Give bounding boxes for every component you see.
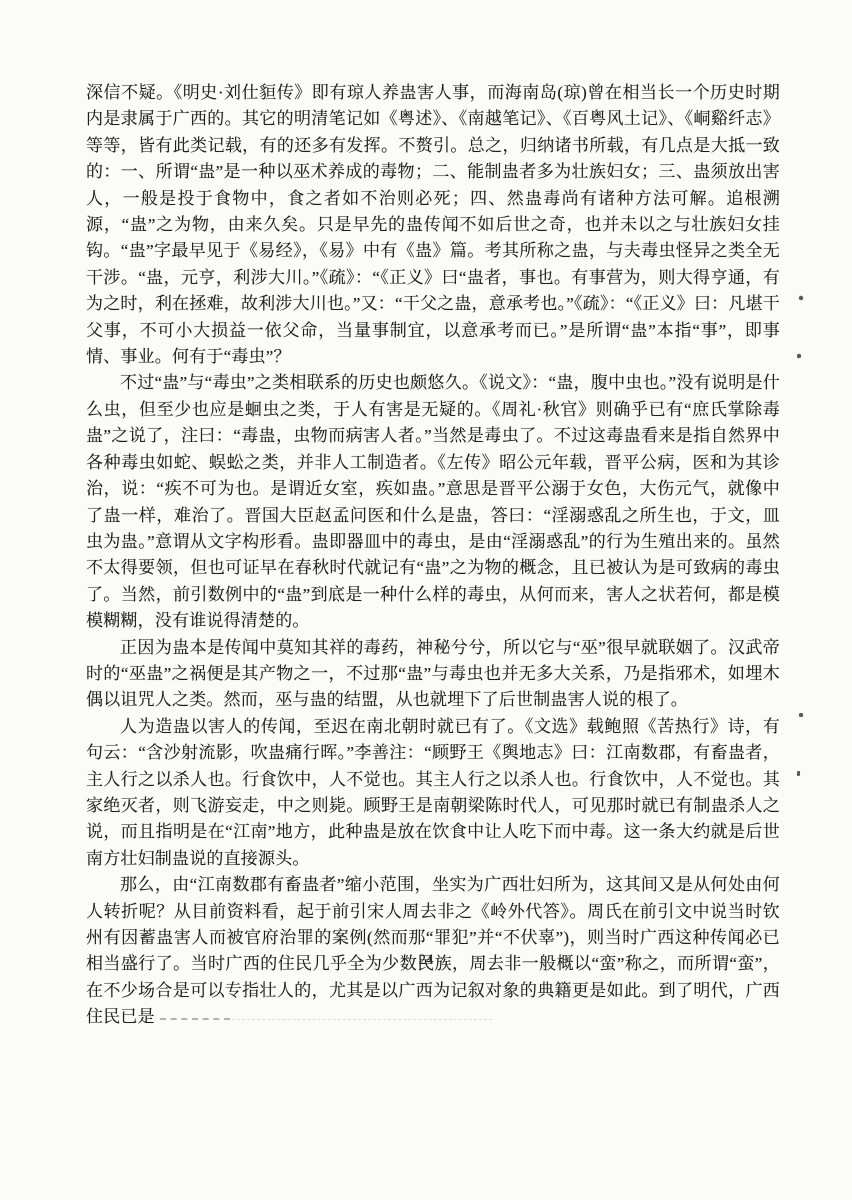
scan-speck [797,771,800,776]
paragraph-2: 不过“蛊”与“毒虫”之类相联系的历史也颇悠久。《说文》：“蛊，腹中虫也。”没有说… [86,370,780,634]
paragraph-1: 深信不疑。《明史·刘仕貆传》即有琼人养蛊害人事，而海南岛(琼)曾在相当长一个历史… [86,80,780,370]
scan-speck [799,713,804,718]
scan-smudge [232,1019,492,1020]
scan-speck [798,295,803,300]
paragraph-4: 人为造蛊以害人的传闻，至迟在南北朝时就已有了。《文选》载鲍照《苦热行》诗，有句云… [86,714,780,872]
scan-smudge [160,1018,230,1020]
body-text: 深信不疑。《明史·刘仕貆传》即有琼人养蛊害人事，而海南岛(琼)曾在相当长一个历史… [86,80,780,1031]
scan-speck [797,354,802,359]
page-number: 24 [0,952,852,969]
scanned-book-page: 深信不疑。《明史·刘仕貆传》即有琼人养蛊害人事，而海南岛(琼)曾在相当长一个历史… [0,0,852,1200]
paragraph-3: 正因为蛊本是传闻中莫知其祥的毒药，神秘兮兮，所以它与“巫”很早就联姻了。汉武帝时… [86,635,780,714]
